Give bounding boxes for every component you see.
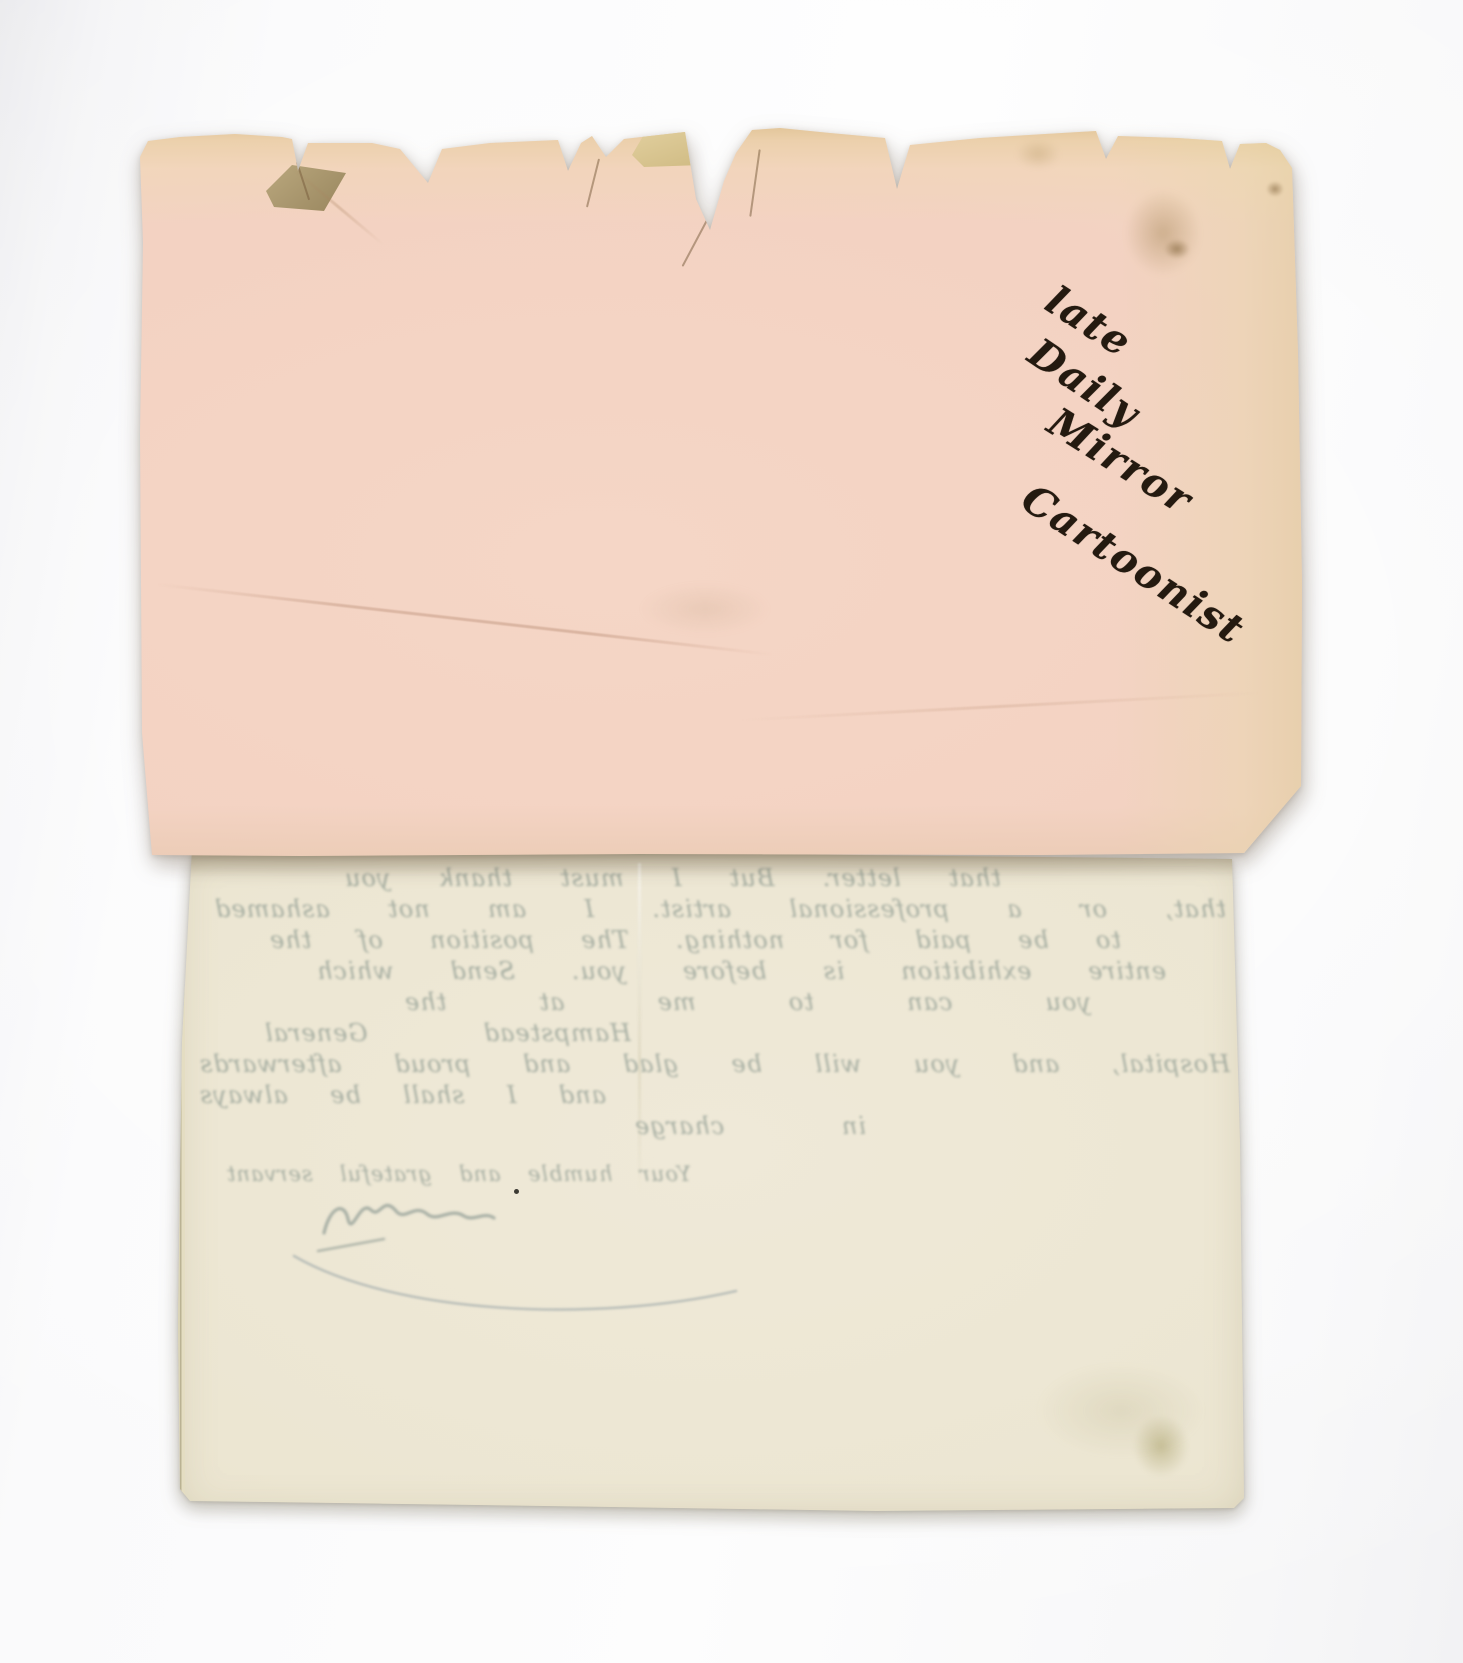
age-stain [1016,139,1060,169]
letter-smudge [1036,1363,1206,1458]
paper-crease [740,691,1259,721]
age-stain [1125,190,1201,276]
envelope-paper: late Daily Mirror Cartoonist [140,113,1302,858]
tear-crack [586,159,600,208]
tear-crack [682,211,713,267]
envelope-cover: late Daily Mirror Cartoonist [140,113,1302,858]
note-word: Cartoonist [1013,475,1253,654]
tear-crack [749,149,760,217]
torn-paper-flap [632,121,730,169]
age-stain [1266,181,1284,197]
letter-paper: that letter. But I must thank you that, … [176,843,1246,1517]
letter-sheet: that letter. But I must thank you that, … [176,843,1246,1517]
photo-scene: that letter. But I must thank you that, … [0,0,1463,1663]
ink-speck [514,1189,519,1194]
age-stain [640,583,770,635]
age-stain [1164,239,1190,259]
